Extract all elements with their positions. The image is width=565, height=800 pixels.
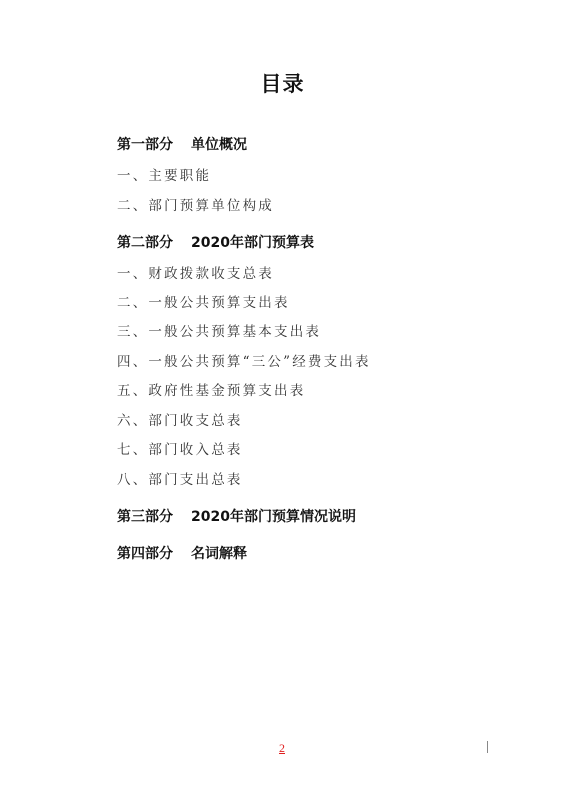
toc-item[interactable]: 五、政府性基金预算支出表 [117, 379, 305, 399]
toc-part-1[interactable]: 第一部分单位概况 [117, 134, 247, 154]
toc-item[interactable]: 四、一般公共预算“三公”经费支出表 [117, 350, 371, 370]
toc-item[interactable]: 七、部门收入总表 [117, 438, 243, 458]
part-label: 第一部分 [117, 137, 173, 153]
toc-item[interactable]: 三、一般公共预算基本支出表 [117, 320, 321, 340]
page-number: 2 [279, 741, 285, 756]
part-label: 第二部分 [117, 235, 173, 251]
part-label: 第三部分 [117, 509, 173, 525]
part-title: 名词解释 [191, 546, 247, 562]
toc-part-2[interactable]: 第二部分2020年部门预算表 [117, 232, 314, 252]
toc-title: 目录 [0, 68, 565, 98]
toc-item[interactable]: 一、财政拨款收支总表 [117, 262, 274, 282]
text-cursor [487, 741, 488, 753]
toc-item[interactable]: 八、部门支出总表 [117, 468, 243, 488]
toc-part-3[interactable]: 第三部分2020年部门预算情况说明 [117, 506, 356, 526]
part-title: 2020年部门预算情况说明 [191, 509, 356, 525]
toc-item[interactable]: 六、部门收支总表 [117, 409, 243, 429]
part-title: 单位概况 [191, 137, 247, 153]
toc-item[interactable]: 一、主要职能 [117, 164, 211, 184]
toc-item[interactable]: 二、部门预算单位构成 [117, 194, 274, 214]
part-label: 第四部分 [117, 546, 173, 562]
toc-part-4[interactable]: 第四部分名词解释 [117, 543, 247, 563]
part-title: 2020年部门预算表 [191, 235, 314, 251]
toc-item[interactable]: 二、一般公共预算支出表 [117, 291, 290, 311]
